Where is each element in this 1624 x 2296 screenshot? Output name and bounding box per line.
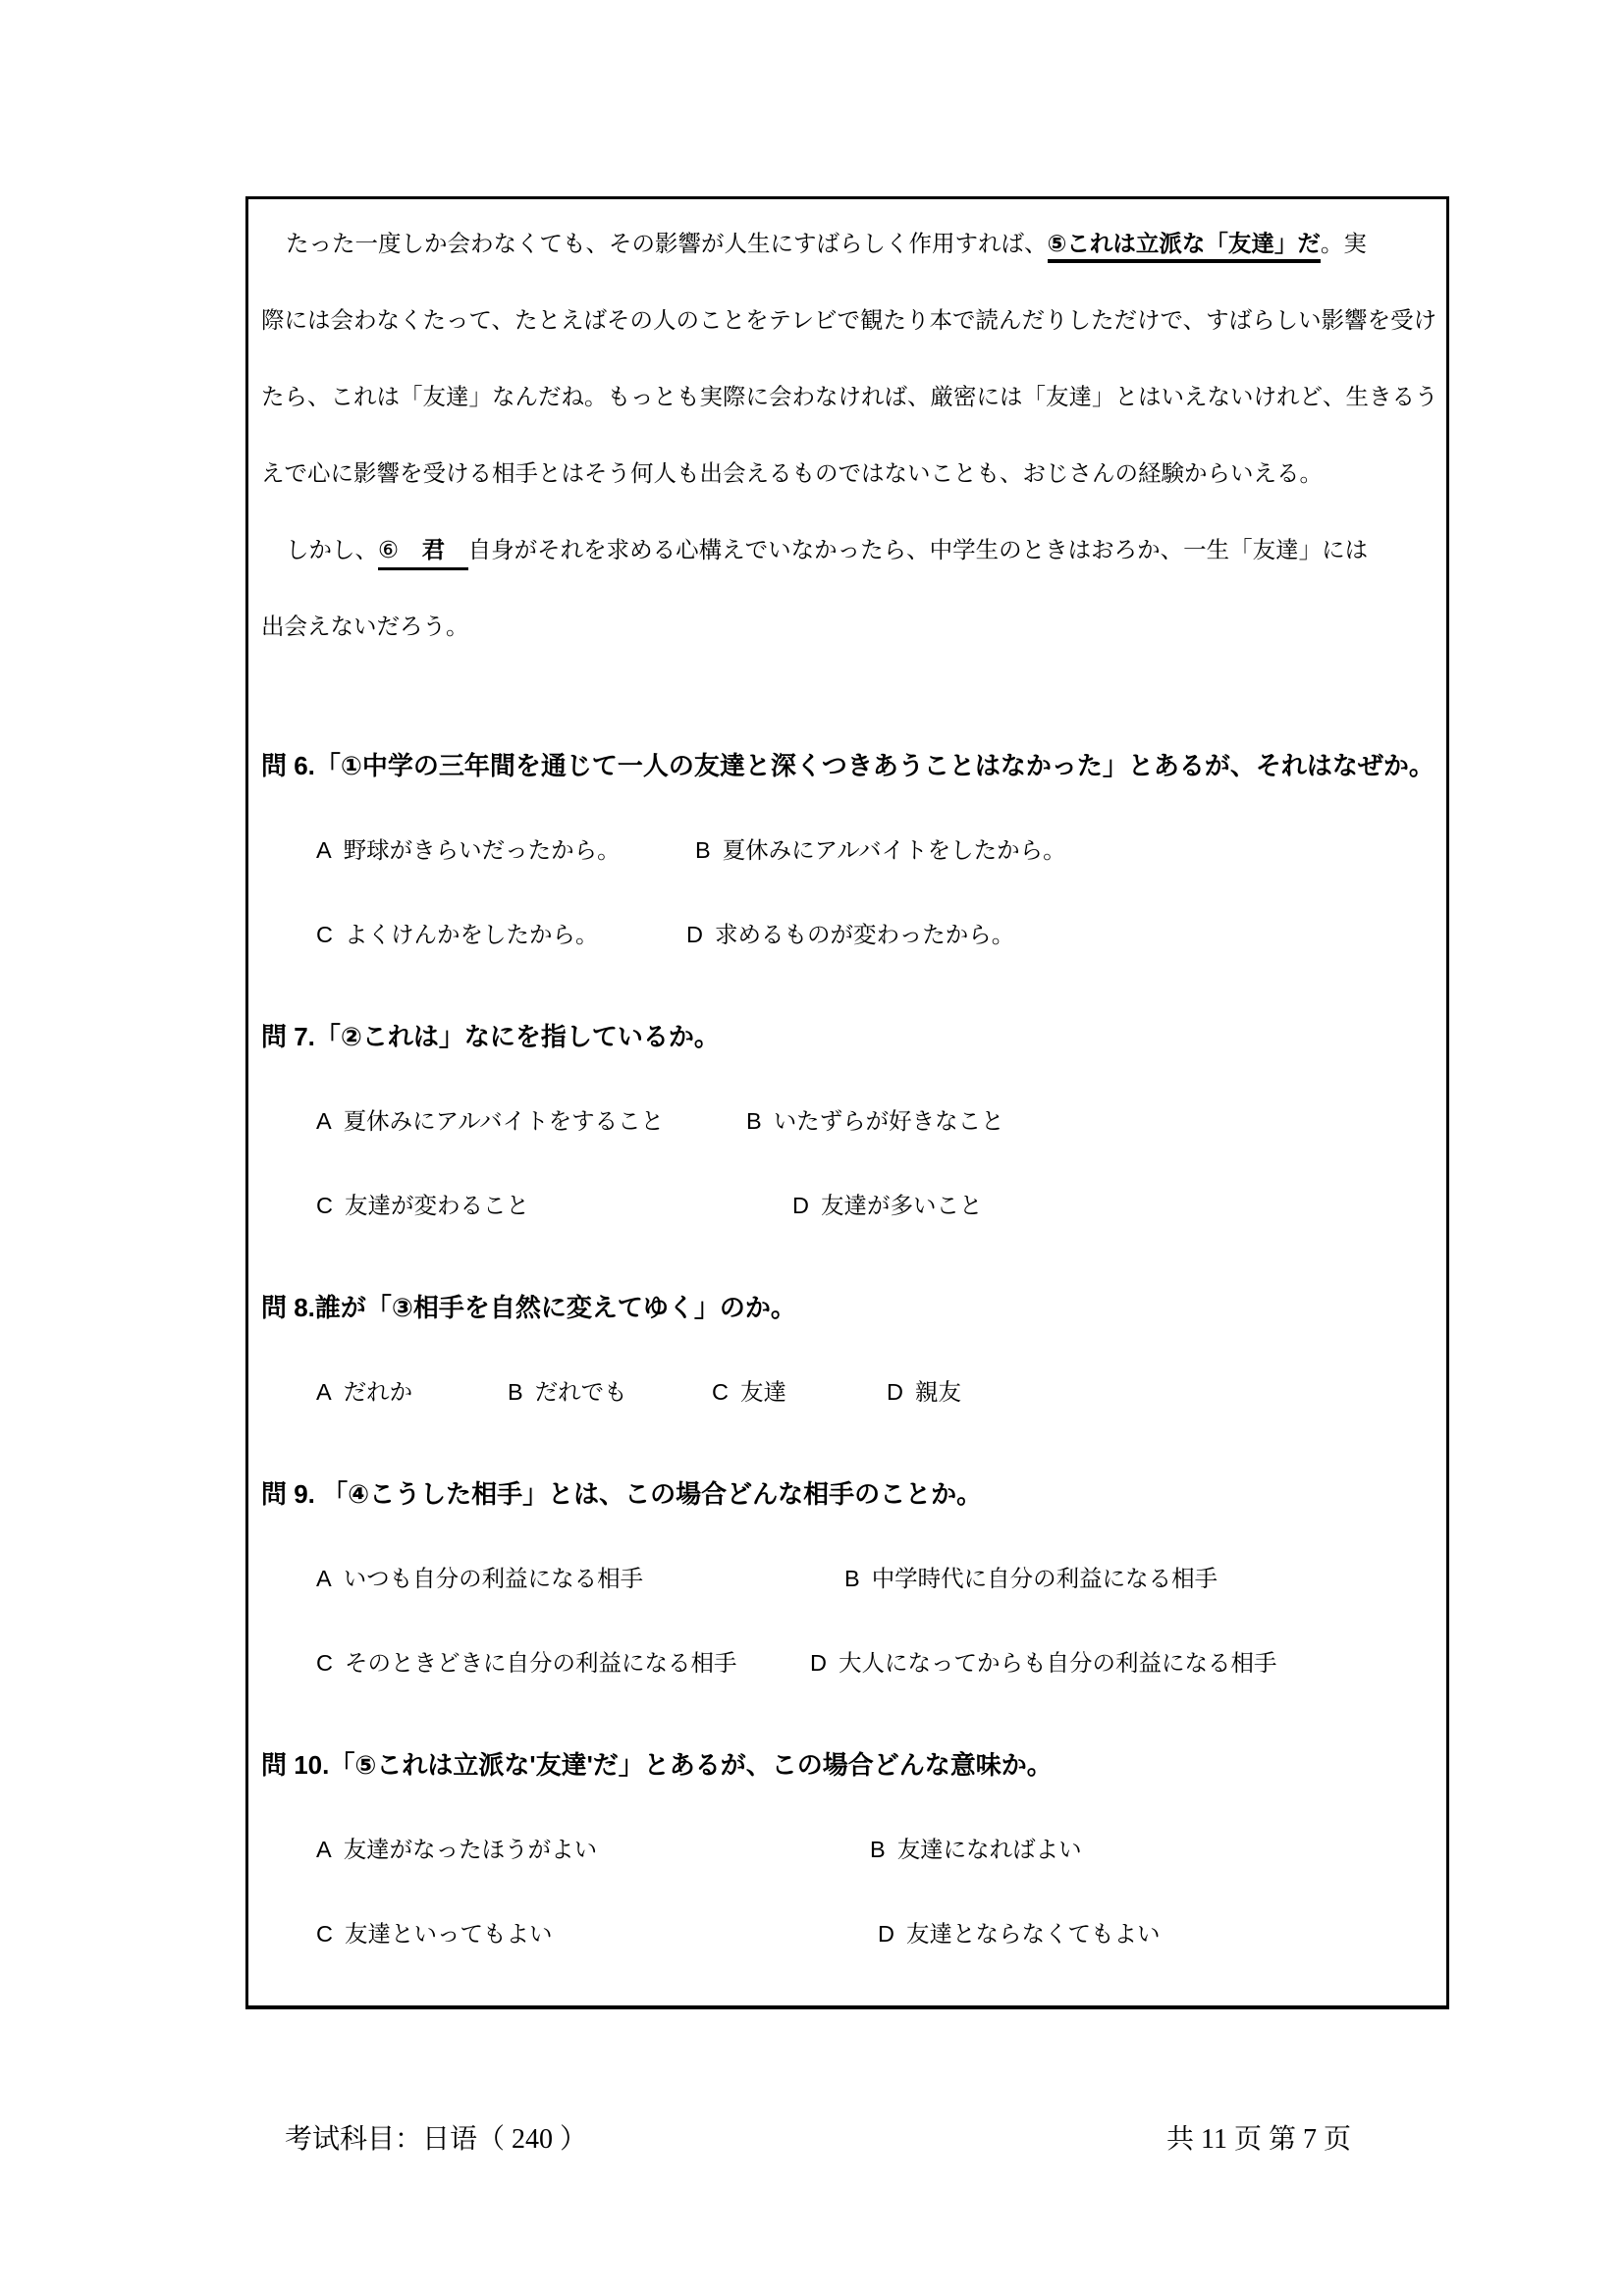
question-9-options-row-1: Aいつも自分の利益になる相手 B中学時代に自分の利益になる相手 [261, 1540, 1436, 1617]
passage-text: しかし、 [286, 537, 378, 562]
circled-number-6: ⑥ [378, 537, 422, 562]
option-a: Aいつも自分の利益になる相手 [316, 1540, 844, 1617]
reading-passage-and-questions-box: たった一度しか会わなくても、その影響が人生にすばらしく作用すれば、⑤これは立派な… [245, 196, 1449, 2009]
option-key: A [316, 1108, 332, 1134]
option-key: B [870, 1837, 886, 1862]
option-c: C友達 [712, 1354, 887, 1430]
exam-subject-label: 考试科目：日语（ 240 ） [285, 2120, 587, 2160]
option-text: 友達といってもよい [345, 1921, 553, 1947]
passage-line: たら、これは「友達」なんだね。もっとも実際に会わなければ、厳密には「友達」とはい… [261, 358, 1436, 435]
option-a: Aだれか [316, 1354, 508, 1430]
option-d: D大人になってからも自分の利益になる相手 [810, 1625, 1436, 1701]
passage-line: しかし、⑥ 君 自身がそれを求める心構えでいなかったら、中学生のときはおろか、一… [261, 511, 1436, 588]
question-10-stem: 問 10.「⑤これは立派な'友達'だ」とあるが、この場合どんな意味か。 [261, 1727, 1436, 1803]
option-b: Bだれでも [508, 1354, 712, 1430]
question-8-options-row: Aだれか Bだれでも C友達 D親友 [261, 1354, 1436, 1430]
option-a: A夏休みにアルバイトをすること [316, 1083, 746, 1159]
option-key: A [316, 1379, 332, 1405]
passage-line: 出会えないだろう。 [261, 588, 1436, 665]
blank-trailing-space [445, 537, 468, 562]
option-key: D [878, 1921, 894, 1947]
option-d: D友達とならなくてもよい [878, 1896, 1436, 1972]
option-text: 求めるものが変わったから。 [715, 922, 1014, 947]
question-6-options-row-2: Cよくけんかをしたから。 D求めるものが変わったから。 [261, 896, 1436, 973]
option-key: C [316, 922, 333, 947]
passage-text: 。実 [1321, 231, 1367, 256]
option-text: 野球がきらいだったから。 [344, 837, 621, 863]
blank-word-kimi: 君 [422, 537, 446, 562]
option-key: B [508, 1379, 523, 1405]
option-text: 親友 [915, 1379, 961, 1405]
option-d: D求めるものが変わったから。 [686, 896, 1436, 973]
option-key: D [686, 922, 703, 947]
option-d: D友達が多いこと [792, 1167, 1436, 1244]
question-10-options-row-1: A友達がなったほうがよい B友達になればよい [261, 1811, 1436, 1888]
option-key: B [695, 837, 711, 863]
option-b: B夏休みにアルバイトをしたから。 [695, 812, 1436, 888]
option-text: 友達がなったほうがよい [344, 1837, 598, 1862]
question-10-options-row-2: C友達といってもよい D友達とならなくてもよい [261, 1896, 1436, 1972]
option-text: 友達が多いこと [821, 1193, 983, 1218]
underlined-blank-6: ⑥ 君 [378, 537, 468, 570]
question-8-stem: 問 8.誰が「③相手を自然に変えてゆく」のか。 [261, 1269, 1436, 1346]
option-text: 友達になればよい [897, 1837, 1082, 1862]
underlined-phrase-5: ⑤これは立派な「友達」だ [1048, 231, 1321, 263]
option-key: C [316, 1921, 333, 1947]
option-c: C友達が変わること [316, 1167, 792, 1244]
option-b: B中学時代に自分の利益になる相手 [844, 1540, 1436, 1617]
option-text: 中学時代に自分の利益になる相手 [872, 1566, 1218, 1591]
option-text: いつも自分の利益になる相手 [344, 1566, 644, 1591]
option-b: Bいたずらが好きなこと [746, 1083, 1436, 1159]
option-text: 夏休みにアルバイトをしたから。 [723, 837, 1066, 863]
passage-line: えで心に影響を受ける相手とはそう何人も出会えるものではないことも、おじさんの経験… [261, 435, 1436, 511]
passage-text: たった一度しか会わなくても、その影響が人生にすばらしく作用すれば、 [286, 231, 1048, 256]
option-key: D [792, 1193, 809, 1218]
option-text: そのときどきに自分の利益になる相手 [345, 1650, 737, 1676]
option-c: Cよくけんかをしたから。 [316, 896, 686, 973]
option-text: 大人になってからも自分の利益になる相手 [839, 1650, 1277, 1676]
option-c: C友達といってもよい [316, 1896, 878, 1972]
question-6-options-row-1: A野球がきらいだったから。 B夏休みにアルバイトをしたから。 [261, 812, 1436, 888]
option-text: だれか [344, 1379, 413, 1405]
page-footer: 考试科目：日语（ 240 ） 共 11 页 第 7 页 [285, 2120, 1351, 2160]
option-text: 夏休みにアルバイトをすること [344, 1108, 664, 1134]
option-key: A [316, 837, 332, 863]
exam-page: たった一度しか会わなくても、その影響が人生にすばらしく作用すれば、⑤これは立派な… [0, 0, 1624, 2296]
option-b: B友達になればよい [870, 1811, 1436, 1888]
option-text: 友達とならなくてもよい [906, 1921, 1161, 1947]
question-7-stem: 問 7.「②これは」なにを指しているか。 [261, 998, 1436, 1075]
passage-line: たった一度しか会わなくても、その影響が人生にすばらしく作用すれば、⑤これは立派な… [261, 205, 1436, 282]
option-c: Cそのときどきに自分の利益になる相手 [316, 1625, 810, 1701]
option-key: D [887, 1379, 903, 1405]
option-key: A [316, 1566, 332, 1591]
option-key: A [316, 1837, 332, 1862]
option-key: C [712, 1379, 729, 1405]
question-9-options-row-2: Cそのときどきに自分の利益になる相手 D大人になってからも自分の利益になる相手 [261, 1625, 1436, 1701]
option-key: B [844, 1566, 860, 1591]
option-key: D [810, 1650, 827, 1676]
option-d: D親友 [887, 1354, 961, 1430]
option-text: いたずらが好きなこと [774, 1108, 1004, 1134]
option-text: 友達が変わること [345, 1193, 529, 1218]
option-key: C [316, 1650, 333, 1676]
passage-line: 際には会わなくたって、たとえばその人のことをテレビで観たり本で読んだりしただけで… [261, 282, 1436, 358]
question-6-stem: 問 6.「①中学の三年間を通じて一人の友達と深くつきあうことはなかった」とあるが… [261, 727, 1436, 804]
option-key: B [746, 1108, 762, 1134]
question-9-stem: 問 9. 「④こうした相手」とは、この場合どんな相手のことか。 [261, 1456, 1436, 1532]
option-text: よくけんかをしたから。 [345, 922, 599, 947]
question-7-options-row-2: C友達が変わること D友達が多いこと [261, 1167, 1436, 1244]
option-a: A友達がなったほうがよい [316, 1811, 870, 1888]
option-a: A野球がきらいだったから。 [316, 812, 695, 888]
question-7-options-row-1: A夏休みにアルバイトをすること Bいたずらが好きなこと [261, 1083, 1436, 1159]
passage-text: 自身がそれを求める心構えでいなかったら、中学生のときはおろか、一生「友達」には [468, 537, 1369, 562]
option-text: だれでも [535, 1379, 627, 1405]
option-key: C [316, 1193, 333, 1218]
page-number-indicator: 共 11 页 第 7 页 [1166, 2120, 1351, 2160]
option-text: 友達 [740, 1379, 786, 1405]
